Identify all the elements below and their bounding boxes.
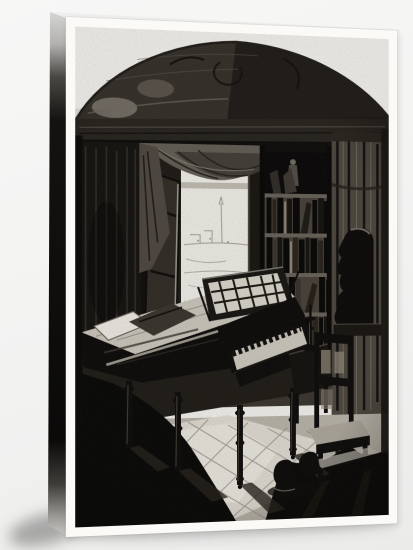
canvas-print xyxy=(66,17,397,537)
page-background xyxy=(0,0,413,550)
ink-drawing-artwork xyxy=(75,27,389,528)
paper-grain xyxy=(75,27,389,528)
